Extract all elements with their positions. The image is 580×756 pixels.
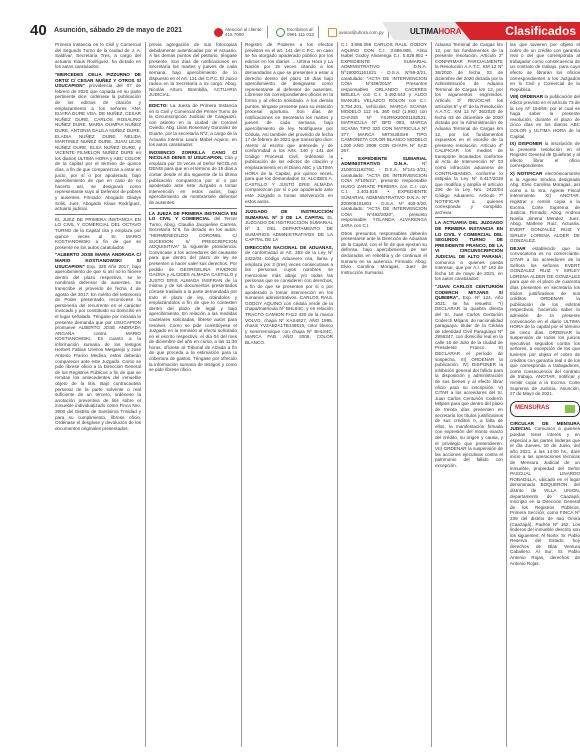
notice: DEJAR establecido que la convocatoria es… — [510, 246, 580, 397]
notice-text: La Jueza de Primera Instancia en lo Civi… — [149, 103, 237, 147]
dateline: Asunción, sábado 29 de mayo de 2021 — [54, 27, 182, 34]
divider — [55, 214, 141, 215]
contact-whatsapp: Escribinos al0981 111 013 — [276, 24, 319, 40]
column-4: C.I. 3.686.298 CARLOS RAUL GODOY AQUINO … — [341, 42, 427, 747]
mail-icon — [328, 28, 337, 37]
classifieds-body: Primera Instancia en lo Civil y Comercia… — [55, 42, 580, 756]
notice-text: establecido que la convocatoria es no co… — [510, 246, 580, 396]
contact-whatsapp-value: 0981 111 013 — [287, 32, 314, 37]
notice-text: Aduana Terminal de Cargas km 12, por los… — [435, 42, 503, 215]
column-rule — [337, 42, 338, 747]
column-1: Primera Instancia en lo Civil y Comercia… — [55, 42, 141, 747]
contact-phone: Atención al cliente:415 7000 — [214, 24, 268, 40]
notice: INOSENCIO ZORRILLA CANO C/ NICOLAS DENIS… — [149, 150, 237, 206]
contact-email: avisos@uhora.com.py — [328, 24, 389, 40]
notice-text: previa agregación de sus fotocopias debi… — [149, 42, 237, 97]
brand-ultima: ULTIMA — [410, 27, 438, 36]
notice: LA ACTUARIA DEL JUZGADO DE PRIMERA INSTA… — [435, 220, 503, 282]
notice: las que tuvieren por objeto el cobro de … — [510, 42, 580, 92]
column-rule — [506, 42, 507, 747]
notice-text: la publicación del edicto previsto en el… — [510, 94, 580, 138]
notice-text: providencia del 07 de febrero de 2020 qu… — [55, 83, 141, 211]
notice-lead: IX) DISPONER — [510, 141, 542, 146]
notice-text: Primera Instancia en lo Civil y Comercia… — [55, 42, 141, 69]
notice-lead: LA ACTUARIA DEL JUZGADO DE PRIMERA INSTA… — [435, 220, 503, 259]
notice-text: Exp. Nº 124, Año 2021, se ha resuelto: "… — [435, 295, 503, 468]
notice-text: comunica a quienes pueda interesar, que … — [435, 260, 503, 282]
map-icon — [565, 405, 575, 413]
notice: C.I. 3.686.298 CARLOS RAUL GODOY AQUINO … — [341, 42, 427, 154]
page-number: 40 — [30, 22, 47, 39]
mensuras-label: MENSURAS — [515, 406, 549, 412]
page-header: 40 Asunción, sábado 29 de mayo de 2021 A… — [0, 0, 580, 40]
divider — [149, 100, 237, 101]
notice-text: Otros presuntos responsables deberán pre… — [341, 231, 427, 275]
notice-lead: VIII) ORDENAR — [510, 94, 543, 99]
column-6: las que tuvieren por objeto el cobro de … — [510, 42, 580, 747]
notice-text: las que tuvieren por objeto el cobro de … — [510, 42, 580, 92]
notice-lead: X) NOTIFICAR — [510, 171, 542, 176]
notice: EDICTO: La Jueza de Primera Instancia en… — [149, 103, 237, 148]
notice-text: Cita y emplaza por 15 veces al Señor NIC… — [149, 155, 237, 205]
notice: Aduana Terminal de Cargas km 12, por los… — [435, 42, 503, 215]
divider — [149, 208, 237, 209]
notice-lead: JUZGADO DE INSTRUCCIÓN SUMARIAL Nº 3 DE … — [245, 209, 333, 220]
notice: CIRCULAR DE MENSURA JUDICIAL Comunico a … — [510, 421, 580, 566]
contact-email-value: avisos@uhora.com.py — [339, 30, 384, 35]
column-5: Aduana Terminal de Cargas km 12, por los… — [435, 42, 503, 747]
notice-text: Registro de Poderes a los efectos previs… — [245, 42, 333, 204]
notice: IX) DISPONER la inscripción de la presen… — [510, 141, 580, 169]
notice: "MERCEDES CELIA PIZZURNO DE ORTIZ C/ CES… — [55, 72, 141, 212]
notice-text: Comunico a quienes puedan tener interés … — [510, 426, 580, 565]
column-rule — [145, 42, 146, 747]
brand-logo: ULTIMAHORA — [410, 27, 461, 36]
notice-lead: DEJAR — [510, 246, 526, 251]
divider — [245, 206, 333, 207]
notice-text: de conformidad al Art. 353 de la Ley Nº … — [245, 250, 333, 345]
notice: DIRECCIÓN NACIONAL DE ADUANAS, de confor… — [245, 245, 333, 346]
column-3: Registro de Poderes a los efectos previs… — [245, 42, 333, 747]
notice-text: Nº 210001116376C - D.S.A. Nº141-3/21, ca… — [341, 161, 427, 228]
column-rule — [431, 42, 432, 747]
notice: JUZGADO DE INSTRUCCIÓN SUMARIAL Nº 3 DE … — [245, 209, 333, 243]
notice: Registro de Poderes a los efectos previs… — [245, 42, 333, 204]
notice-text: electrónicamente a la Agente Síndica des… — [510, 171, 580, 243]
notice-text: Exp. 326 Año 2017, bajo apercibimiento d… — [55, 264, 141, 431]
divider — [435, 217, 503, 218]
column-rule — [241, 42, 242, 747]
notice-text: C.I. 3.686.298 CARLOS RAUL GODOY AQUINO … — [341, 42, 427, 153]
notice-lead: EDICTO: — [149, 103, 168, 108]
phone-icon — [214, 28, 223, 37]
notice: Primera Instancia en lo Civil y Comercia… — [55, 42, 141, 70]
notice: "ALBERTO JOSE MARIA ANDRADA C/ MARIO KOS… — [55, 252, 141, 431]
divider — [267, 26, 268, 38]
whatsapp-icon — [276, 28, 285, 37]
section-title: Clasificados — [455, 22, 580, 40]
notice-lead: DIRECCIÓN NACIONAL DE ADUANAS, — [245, 245, 333, 250]
divider — [318, 26, 319, 38]
notice: "JUAN CARLOS CENTURIÓN CODERCH MITJANS S… — [435, 284, 503, 469]
notice: previa agregación de sus fotocopias debi… — [149, 42, 237, 98]
notice-text: del Tercer Turno, Abog. Claudia Jacqueli… — [149, 216, 237, 372]
column-2: previa agregación de sus fotocopias debi… — [149, 42, 237, 747]
notice: • EXPEDIENTE SUMARIAL ADMINISTRATIVO D.N… — [341, 156, 427, 229]
brand-hora: HORA — [438, 27, 461, 36]
mensuras-banner: MENSURAS — [510, 401, 580, 417]
notice: Otros presuntos responsables deberán pre… — [341, 231, 427, 276]
notice: EL JUEZ DE PRIMERA INSTANCIA EN LO CIVIL… — [55, 217, 141, 251]
notice: VIII) ORDENAR la publicación del edicto … — [510, 94, 580, 139]
notice: LA JUEZA DE PRIMERA INSTANCIA EN LO CIVI… — [149, 211, 237, 373]
contact-phone-value: 415 7000 — [225, 32, 244, 37]
notice: X) NOTIFICAR electrónicamente a la Agent… — [510, 171, 580, 244]
